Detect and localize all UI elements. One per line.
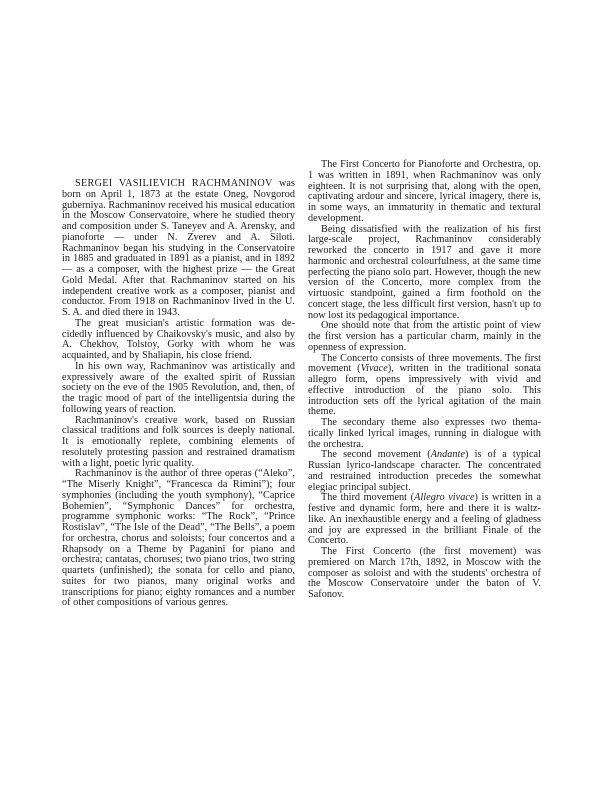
- tempo-marking: Allegro vivace: [414, 492, 474, 503]
- left-column: SERGEI VASILIEVICH RACHMANINOV was born …: [62, 179, 295, 609]
- paragraph-artistic-note: One should note that from the artistic p…: [308, 321, 541, 353]
- paragraph-biography: SERGEI VASILIEVICH RACHMANINOV was born …: [62, 179, 295, 319]
- paragraph-works-list: Rachmaninov is the author of three opera…: [62, 469, 295, 609]
- document-page: SERGEI VASILIEVICH RACHMANINOV was born …: [0, 0, 600, 800]
- paragraph-text: The third movement (: [321, 492, 414, 503]
- paragraph-creative-work: Rachmaninov's creative work, based on Ru…: [62, 416, 295, 470]
- right-column: The First Concerto for Pianoforte and Or…: [308, 160, 541, 601]
- paragraph-first-movement: The Concerto consists of three movements…: [308, 354, 541, 419]
- paragraph-first-concerto: The First Concerto for Pianoforte and Or…: [308, 160, 541, 225]
- tempo-marking: Vivace: [361, 363, 388, 374]
- paragraph-premiere: The First Concerto (the first movement) …: [308, 547, 541, 601]
- composer-name-lead: SERGEI VASILIEVICH RACHMANINOV: [75, 178, 273, 189]
- paragraph-society: In his own way, Rachmaninov was artistic…: [62, 362, 295, 416]
- paragraph-text: was born on April 1, 1873 at the estate …: [62, 178, 295, 318]
- paragraph-text: The second movement (: [321, 449, 431, 460]
- paragraph-revision: Being dissatisfied with the realization …: [308, 225, 541, 322]
- paragraph-third-movement: The third movement (Allegro vivace) is w…: [308, 493, 541, 547]
- paragraph-second-movement: The second movement (Andante) is of a ty…: [308, 450, 541, 493]
- paragraph-secondary-theme: The secondary theme also expresses two t…: [308, 418, 541, 450]
- paragraph-influences: The great musician's artistic formation …: [62, 319, 295, 362]
- tempo-marking: Andante: [431, 449, 465, 460]
